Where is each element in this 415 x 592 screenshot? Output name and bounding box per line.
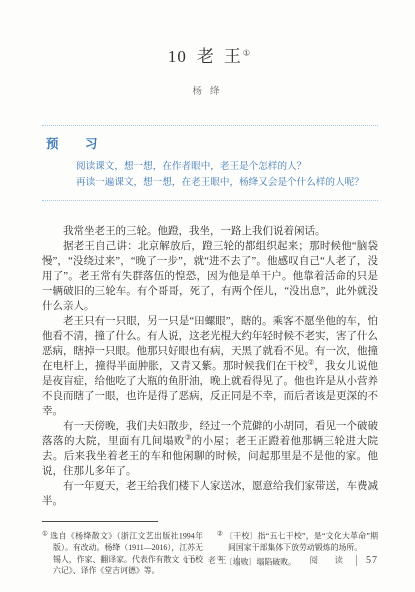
footnote: ②〔干校〕指“五七干校”，是“文化大革命”期间国家干部集体下放劳动锻炼的场所。 bbox=[217, 528, 378, 554]
preview-item-list: 阅读课文，想一想，在作者眼中，老王是个怎样的人？ 再读一遍课文，想一想，在老王眼… bbox=[70, 159, 378, 190]
footer-lesson-ref: 10 老王 bbox=[184, 554, 228, 566]
footnote: ①选自《杨绛散文》（浙江文艺出版社1994年版）。有改动。杨绛（1911—201… bbox=[42, 528, 203, 577]
lesson-body-text: 我常坐老王的三轮。他蹬，我坐，一路上我们说着闲话。 据老王自己讲：北京解放后，蹬… bbox=[42, 224, 378, 509]
body-paragraph: 有一天傍晚，我们夫妇散步，经过一个荒僻的小胡同，看见一个破破落落的大院，里面有几… bbox=[42, 419, 378, 479]
footnote-column: ①选自《杨绛散文》（浙江文艺出版社1994年版）。有改动。杨绛（1911—201… bbox=[42, 528, 203, 577]
lesson-title-row: 10老王① bbox=[42, 42, 378, 67]
footer-divider-bar-1 bbox=[237, 555, 238, 566]
preview-question: 阅读课文，想一想，在作者眼中，老王是个怎样的人？ bbox=[70, 159, 378, 175]
body-paragraph: 有一年夏天，老王给我们楼下人家送冰，愿意给我们家带送，车费减半。 bbox=[42, 479, 378, 509]
author-row: 杨绛 bbox=[42, 81, 378, 99]
preview-question: 再读一遍课文，想一想，在老王眼中，杨绛又会是个什么样的人呢？ bbox=[70, 175, 378, 191]
body-paragraph: 我常坐老王的三轮。他蹬，我坐，一路上我们说着闲话。 bbox=[42, 224, 378, 239]
footnote-marker: ② bbox=[217, 532, 223, 541]
preview-heading: 预 习 bbox=[46, 134, 378, 152]
page-footer: 10 老王 阅 读 57 bbox=[42, 554, 378, 566]
footnote-separator bbox=[42, 521, 158, 522]
footnote-marker: ① bbox=[42, 532, 48, 541]
page-title: 10老王① bbox=[168, 42, 252, 67]
preview-section: 预 习 阅读课文，想一想，在作者眼中，老王是个怎样的人？ 再读一遍课文，想一想，… bbox=[42, 126, 378, 190]
body-paragraph: 据老王自己讲：北京解放后，蹬三轮的都组织起来；那时候他“脑袋慢”，“没绕过来”，… bbox=[42, 239, 378, 314]
dotted-divider-bottom bbox=[42, 200, 378, 201]
body-paragraph: 老王只有一只眼，另一只是“田螺眼”，瞎的。乘客不愿坐他的车，怕他看不清，撞了什么… bbox=[42, 314, 378, 419]
title-footnote-marker: ① bbox=[243, 48, 252, 57]
lesson-number: 10 bbox=[168, 47, 187, 66]
preview-question-text: 阅读课文，想一想，在作者眼中，老王是个怎样的人？ bbox=[76, 159, 306, 175]
footnote-text: 〔干校〕指“五七干校”，是“文化大革命”期间国家干部集体下放劳动锻炼的场所。 bbox=[225, 532, 378, 553]
title-char-2: 王 bbox=[224, 47, 243, 66]
footnotes-section: ①选自《杨绛散文》（浙江文艺出版社1994年版）。有改动。杨绛（1911—201… bbox=[42, 528, 378, 577]
footnote-column: ②〔干校〕指“五七干校”，是“文化大革命”期间国家干部集体下放劳动锻炼的场所。 … bbox=[217, 528, 378, 577]
author-name: 杨绛 bbox=[192, 87, 227, 97]
footer-divider-bar-2 bbox=[356, 555, 357, 566]
textbook-page: 10老王① 杨绛 预 习 阅读课文，想一想，在作者眼中，老王是个怎样的人？ 再读… bbox=[0, 0, 415, 592]
title-char-1: 老 bbox=[197, 47, 216, 66]
page-number: 57 bbox=[366, 555, 378, 566]
footer-section-ref: 阅 读 bbox=[309, 554, 347, 566]
preview-question-text: 再读一遍课文，想一想，在老王眼中，杨绛又会是个什么样的人呢？ bbox=[76, 175, 364, 191]
